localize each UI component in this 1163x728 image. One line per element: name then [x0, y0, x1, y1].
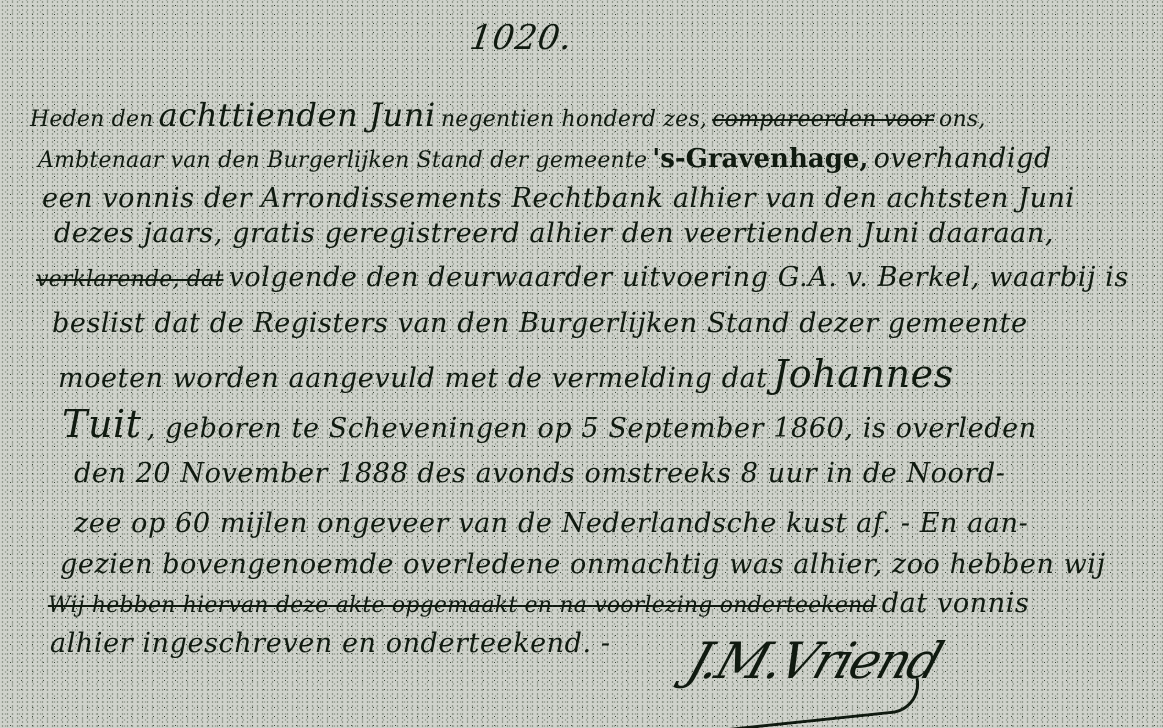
handwritten-text: gezien bovengenoemde overledene onmachti…	[60, 549, 1106, 580]
struck-text: verklarende, dat	[36, 267, 223, 292]
record-line-3: een vonnis der Arrondissements Rechtbank…	[42, 183, 1075, 214]
record-number: 1020.	[467, 18, 575, 58]
record-line-10: zee op 60 mijlen ongeveer van de Nederla…	[74, 508, 1028, 539]
record-line-6: beslist dat de Registers van den Burgerl…	[52, 308, 1028, 339]
record-line-9: den 20 November 1888 des avonds omstreek…	[74, 458, 1006, 489]
line-text: Ambtenaar van den Burgerlijken Stand der…	[38, 148, 647, 173]
handwritten-text: , geboren te Scheveningen op 5 September…	[147, 413, 1037, 444]
surname: Tuit	[62, 402, 142, 446]
civil-registry-record: 1020. Heden den achttienden Juni negenti…	[0, 0, 1163, 728]
given-name: Johannes	[773, 352, 954, 396]
record-line-5: verklarende, dat volgende den deurwaarde…	[36, 262, 1129, 293]
handwritten-date: achttienden Juni	[159, 96, 436, 134]
record-line-1: Heden den achttienden Juni negentien hon…	[30, 96, 986, 134]
struck-text: compareerden voor	[712, 107, 934, 132]
struck-text: Wij hebben hiervan deze akte opgemaakt e…	[48, 593, 877, 618]
handwritten-text: overhandigd	[874, 143, 1052, 174]
handwritten-text: zee op 60 mijlen ongeveer van de Nederla…	[74, 508, 1028, 539]
handwritten-text: alhier ingeschreven en onderteekend. -	[50, 628, 611, 659]
record-line-2: Ambtenaar van den Burgerlijken Stand der…	[38, 143, 1052, 174]
record-line-7: moeten worden aangevuld met de vermeldin…	[58, 352, 954, 396]
record-line-4: dezes jaars, gratis geregistreerd alhier…	[54, 218, 1054, 249]
handwritten-text: den 20 November 1888 des avonds omstreek…	[74, 458, 1006, 489]
handwritten-text: beslist dat de Registers van den Burgerl…	[52, 308, 1028, 339]
handwritten-text: dat vonnis	[882, 588, 1030, 619]
line-text: negentien honderd zes,	[441, 107, 707, 132]
municipality-name: 's-Gravenhage,	[652, 144, 868, 174]
handwritten-text: moeten worden aangevuld met de vermeldin…	[58, 363, 768, 394]
record-line-12: Wij hebben hiervan deze akte opgemaakt e…	[48, 588, 1029, 619]
handwritten-text: dezes jaars, gratis geregistreerd alhier…	[54, 218, 1054, 249]
record-line-8: Tuit , geboren te Scheveningen op 5 Sept…	[62, 402, 1037, 446]
line-text: Heden den	[30, 107, 154, 132]
line-text: ons,	[939, 107, 986, 132]
handwritten-text: volgende den deurwaarder uitvoering G.A.…	[229, 262, 1129, 293]
record-line-11: gezien bovengenoemde overledene onmachti…	[60, 549, 1106, 580]
handwritten-text: een vonnis der Arrondissements Rechtbank…	[42, 183, 1075, 214]
record-line-13: alhier ingeschreven en onderteekend. -	[50, 628, 611, 659]
